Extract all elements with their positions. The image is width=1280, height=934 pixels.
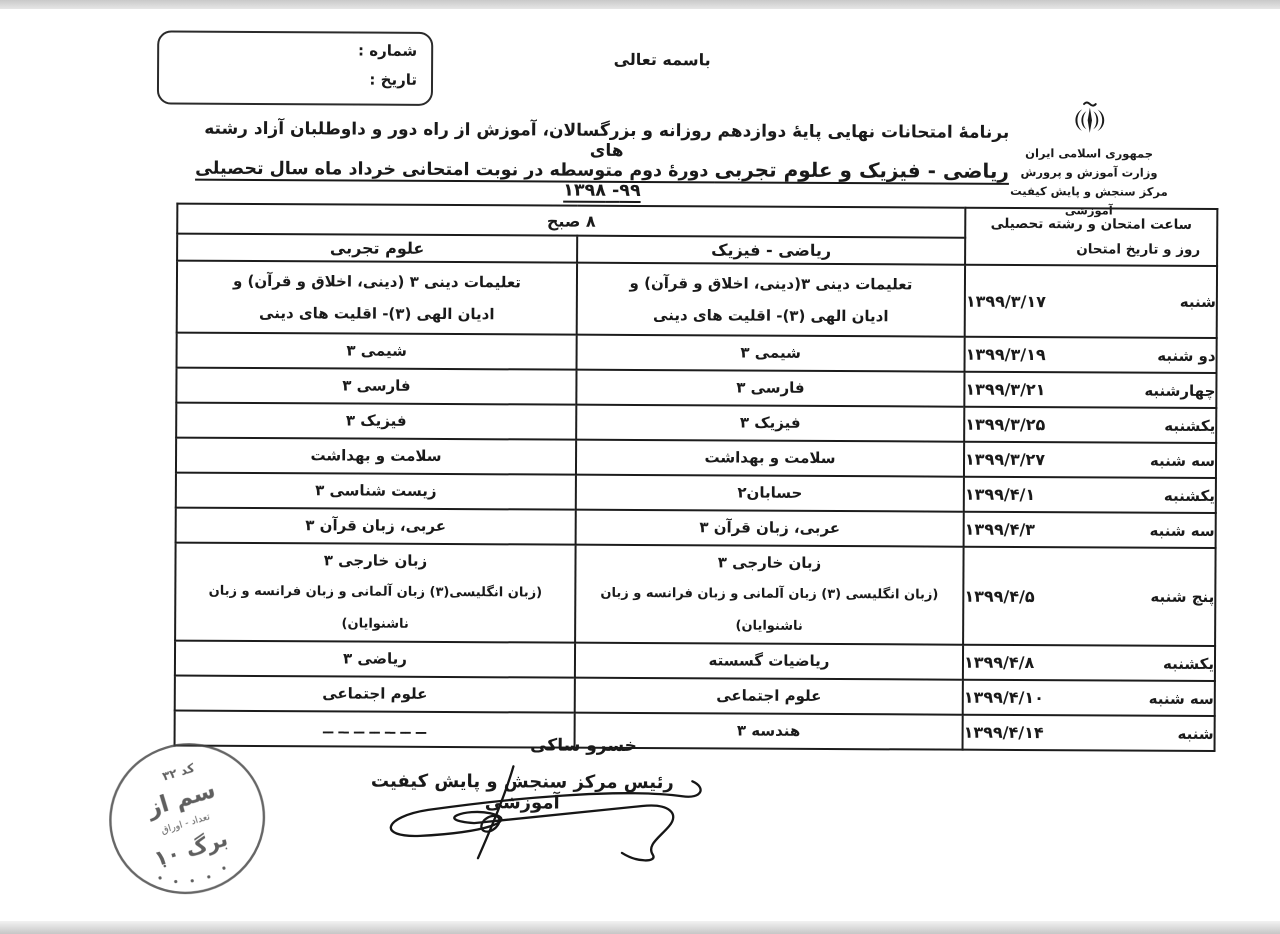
- exam-day: سه شنبه: [1149, 689, 1214, 707]
- exam-date: ۱۳۹۹/۳/۲۵: [965, 415, 1045, 434]
- table-row: سه شنبه ۱۳۹۹/۳/۲۷ سلامت و بهداشت سلامت و…: [176, 438, 1216, 478]
- day-date-cell: سه شنبه ۱۳۹۹/۴/۱۰: [963, 680, 1215, 716]
- subject-line: (زبان انگلیسی (۳) زبان آلمانی و زبان فرا…: [576, 578, 962, 644]
- day-date-cell: سه شنبه ۱۳۹۹/۴/۳: [964, 512, 1216, 548]
- math-subject-cell: علوم اجتماعی: [575, 678, 963, 715]
- exam-date: ۱۳۹۹/۳/۱۷: [966, 291, 1046, 310]
- exam-date: ۱۳۹۹/۳/۲۱: [965, 380, 1045, 399]
- exam-day: چهارشنبه: [1144, 381, 1215, 399]
- subject-line: شیمی ۳: [178, 340, 576, 362]
- science-subject-cell: زیست شناسی ۳: [176, 473, 576, 510]
- exam-day: پنج شنبه: [1150, 588, 1214, 606]
- math-subject-cell: حسابان۲: [576, 475, 964, 512]
- subject-line: شیمی ۳: [578, 342, 964, 364]
- exam-date: ۱۳۹۹/۴/۸: [964, 653, 1034, 672]
- subject-line: فیزیک ۳: [177, 410, 575, 432]
- subject-line: ریاضیات گسسته: [576, 650, 962, 672]
- math-subject-cell: شیمی ۳: [577, 335, 965, 372]
- subject-line: زیست شناسی ۳: [177, 480, 575, 502]
- science-subject-cell: سلامت و بهداشت: [176, 438, 576, 475]
- ref-date-label: تاریخ :: [173, 70, 417, 100]
- math-subject-cell: سلامت و بهداشت: [576, 440, 964, 477]
- subject-line: فارسی ۳: [577, 377, 963, 399]
- day-date-cell: یکشنبه ۱۳۹۹/۴/۸: [963, 645, 1215, 681]
- exam-day: شنبه: [1180, 293, 1216, 311]
- table-row: یکشنبه ۱۳۹۹/۴/۱ حسابان۲ زیست شناسی ۳: [176, 473, 1216, 513]
- day-date-cell: یکشنبه ۱۳۹۹/۴/۱: [964, 477, 1216, 513]
- subject-line: عربی، زبان قرآن ۳: [577, 517, 963, 539]
- table-row: چهارشنبه ۱۳۹۹/۳/۲۱ فارسی ۳ فارسی ۳: [176, 368, 1216, 408]
- science-subject-cell: عربی، زبان قرآن ۳: [176, 508, 576, 545]
- subject-line: ادیان الهی (۳)- اقلیت های دینی: [178, 297, 576, 331]
- science-subject-cell: فیزیک ۳: [176, 403, 576, 440]
- subject-line: (زبان انگلیسی(۳) زبان آلمانی و زبان فران…: [176, 576, 574, 642]
- exam-table-body: شنبه ۱۳۹۹/۳/۱۷ تعلیمات دینی ۳(دینی، اخلا…: [175, 261, 1218, 751]
- table-row: یکشنبه ۱۳۹۹/۳/۲۵ فیزیک ۳ فیزیک ۳: [176, 403, 1216, 443]
- header-math-track: ریاضی - فیزیک: [577, 236, 965, 265]
- table-row: پنج شنبه ۱۳۹۹/۴/۵ زبان خارجی ۳(زبان انگل…: [175, 543, 1216, 646]
- math-subject-cell: ریاضیات گسسته: [575, 643, 963, 680]
- science-subject-cell: تعلیمات دینی ۳ (دینی، اخلاق و قرآن) وادی…: [177, 261, 577, 335]
- header-time-track: ساعت امتحان و رشته تحصیلی: [966, 211, 1216, 236]
- subject-line: زبان خارجی ۳: [576, 546, 962, 580]
- table-row: یکشنبه ۱۳۹۹/۴/۸ ریاضیات گسسته ریاضی ۳: [175, 641, 1215, 681]
- government-header: جمهوری اسلامی ایران وزارت آموزش و پرورش …: [1001, 98, 1177, 221]
- subject-line: ریاضی ۳: [176, 648, 574, 670]
- exam-date: ۱۳۹۹/۳/۲۷: [965, 450, 1045, 469]
- header-day-date: روز و تاریخ امتحان: [966, 235, 1216, 262]
- subject-line: علوم اجتماعی: [576, 685, 962, 707]
- subject-line: سلامت و بهداشت: [177, 445, 575, 467]
- subject-line: عربی، زبان قرآن ۳: [177, 515, 575, 537]
- exam-day: یکشنبه: [1163, 654, 1214, 672]
- science-subject-cell: ریاضی ۳: [175, 641, 575, 678]
- stamp-code-text: کد ۳۲: [161, 761, 196, 784]
- signature-scribble: [370, 764, 721, 871]
- day-date-cell: شنبه ۱۳۹۹/۴/۱۴: [963, 715, 1215, 751]
- table-corner-cell: ساعت امتحان و رشته تحصیلی روز و تاریخ ام…: [965, 208, 1217, 266]
- subject-line: تعلیمات دینی ۳(دینی، اخلاق و قرآن) و: [578, 267, 964, 301]
- gov-ministry-name: وزارت آموزش و پرورش: [1001, 163, 1176, 183]
- subject-line: حسابان۲: [577, 482, 963, 504]
- exam-date: ۱۳۹۹/۳/۱۹: [966, 345, 1046, 364]
- ref-number-label: شماره :: [173, 41, 417, 71]
- science-subject-cell: علوم اجتماعی: [175, 676, 575, 713]
- exam-day: دو شنبه: [1157, 346, 1215, 364]
- doc-title-session: دورۀ دوم متوسطه در نوبت امتحانی خرداد ما…: [195, 159, 715, 201]
- exam-day: سه شنبه: [1149, 521, 1214, 539]
- subject-line: سلامت و بهداشت: [577, 447, 963, 469]
- day-date-cell: دو شنبه ۱۳۹۹/۳/۱۹: [965, 337, 1217, 373]
- exam-date: ۱۳۹۹/۴/۳: [965, 520, 1035, 539]
- iran-emblem-icon: [1071, 98, 1107, 140]
- math-subject-cell: فارسی ۳: [576, 370, 964, 407]
- table-row: دو شنبه ۱۳۹۹/۳/۱۹ شیمی ۳ شیمی ۳: [177, 333, 1217, 373]
- table-row: سه شنبه ۱۳۹۹/۴/۳ عربی، زبان قرآن ۳ عربی،…: [176, 508, 1216, 548]
- header-science-track: علوم تجربی: [177, 234, 577, 263]
- subject-line: ادیان الهی (۳)- اقلیت های دینی: [578, 299, 964, 333]
- doc-title-tracks: ریاضی - فیزیک و علوم تجربی: [714, 157, 1009, 183]
- exam-day: یکشنبه: [1164, 416, 1215, 434]
- subject-line: علوم اجتماعی: [176, 683, 574, 705]
- scanned-document: شماره : تاریخ : باسمه تعالی جمهوری اسلام…: [0, 0, 1280, 934]
- subject-line: زبان خارجی ۳: [176, 544, 574, 578]
- math-subject-cell: عربی، زبان قرآن ۳: [576, 510, 964, 547]
- doc-title-line2: ریاضی - فیزیک و علوم تجربی دورۀ دوم متوس…: [179, 155, 1024, 203]
- exam-date: ۱۳۹۹/۴/۱: [965, 485, 1035, 504]
- exam-date: ۱۳۹۹/۴/۱۰: [964, 688, 1044, 707]
- day-date-cell: پنج شنبه ۱۳۹۹/۴/۵: [963, 547, 1216, 646]
- table-row: شنبه ۱۳۹۹/۳/۱۷ تعلیمات دینی ۳(دینی، اخلا…: [177, 261, 1217, 338]
- subject-line: فارسی ۳: [177, 375, 575, 397]
- exam-day: سه شنبه: [1150, 451, 1215, 469]
- bismillah-text: باسمه تعالی: [542, 49, 782, 69]
- office-stamp: کد ۳۲ سم از تعداد - اوراق ۱۰ برگ: [96, 729, 279, 908]
- science-subject-cell: فارسی ۳: [176, 368, 576, 405]
- signatory-name: خسرو ساکی: [468, 735, 698, 756]
- table-row: سه شنبه ۱۳۹۹/۴/۱۰ علوم اجتماعی علوم اجتم…: [175, 676, 1215, 716]
- reference-box: شماره : تاریخ :: [157, 30, 433, 105]
- math-subject-cell: زبان خارجی ۳(زبان انگلیسی (۳) زبان آلمان…: [575, 545, 964, 645]
- exam-date: ۱۳۹۹/۴/۱۴: [964, 723, 1044, 742]
- subject-line: فیزیک ۳: [577, 412, 963, 434]
- subject-line: تعلیمات دینی ۳ (دینی، اخلاق و قرآن) و: [178, 265, 576, 299]
- math-subject-cell: فیزیک ۳: [576, 405, 964, 442]
- exam-day: یکشنبه: [1164, 486, 1215, 504]
- day-date-cell: سه شنبه ۱۳۹۹/۳/۲۷: [964, 442, 1216, 478]
- day-date-cell: چهارشنبه ۱۳۹۹/۳/۲۱: [964, 372, 1216, 408]
- gov-country-name: جمهوری اسلامی ایران: [1002, 144, 1177, 164]
- day-date-cell: شنبه ۱۳۹۹/۳/۱۷: [965, 265, 1217, 338]
- exam-date: ۱۳۹۹/۴/۵: [964, 586, 1034, 605]
- science-subject-cell: شیمی ۳: [177, 333, 577, 370]
- header-exam-time: ۸ صبح: [177, 204, 965, 238]
- science-subject-cell: زبان خارجی ۳(زبان انگلیسی(۳) زبان آلمانی…: [175, 543, 576, 643]
- exam-day: شنبه: [1177, 724, 1213, 742]
- math-subject-cell: تعلیمات دینی ۳(دینی، اخلاق و قرآن) وادیا…: [577, 263, 965, 337]
- day-date-cell: یکشنبه ۱۳۹۹/۳/۲۵: [964, 407, 1216, 443]
- exam-schedule-table: ساعت امتحان و رشته تحصیلی روز و تاریخ ام…: [174, 203, 1219, 752]
